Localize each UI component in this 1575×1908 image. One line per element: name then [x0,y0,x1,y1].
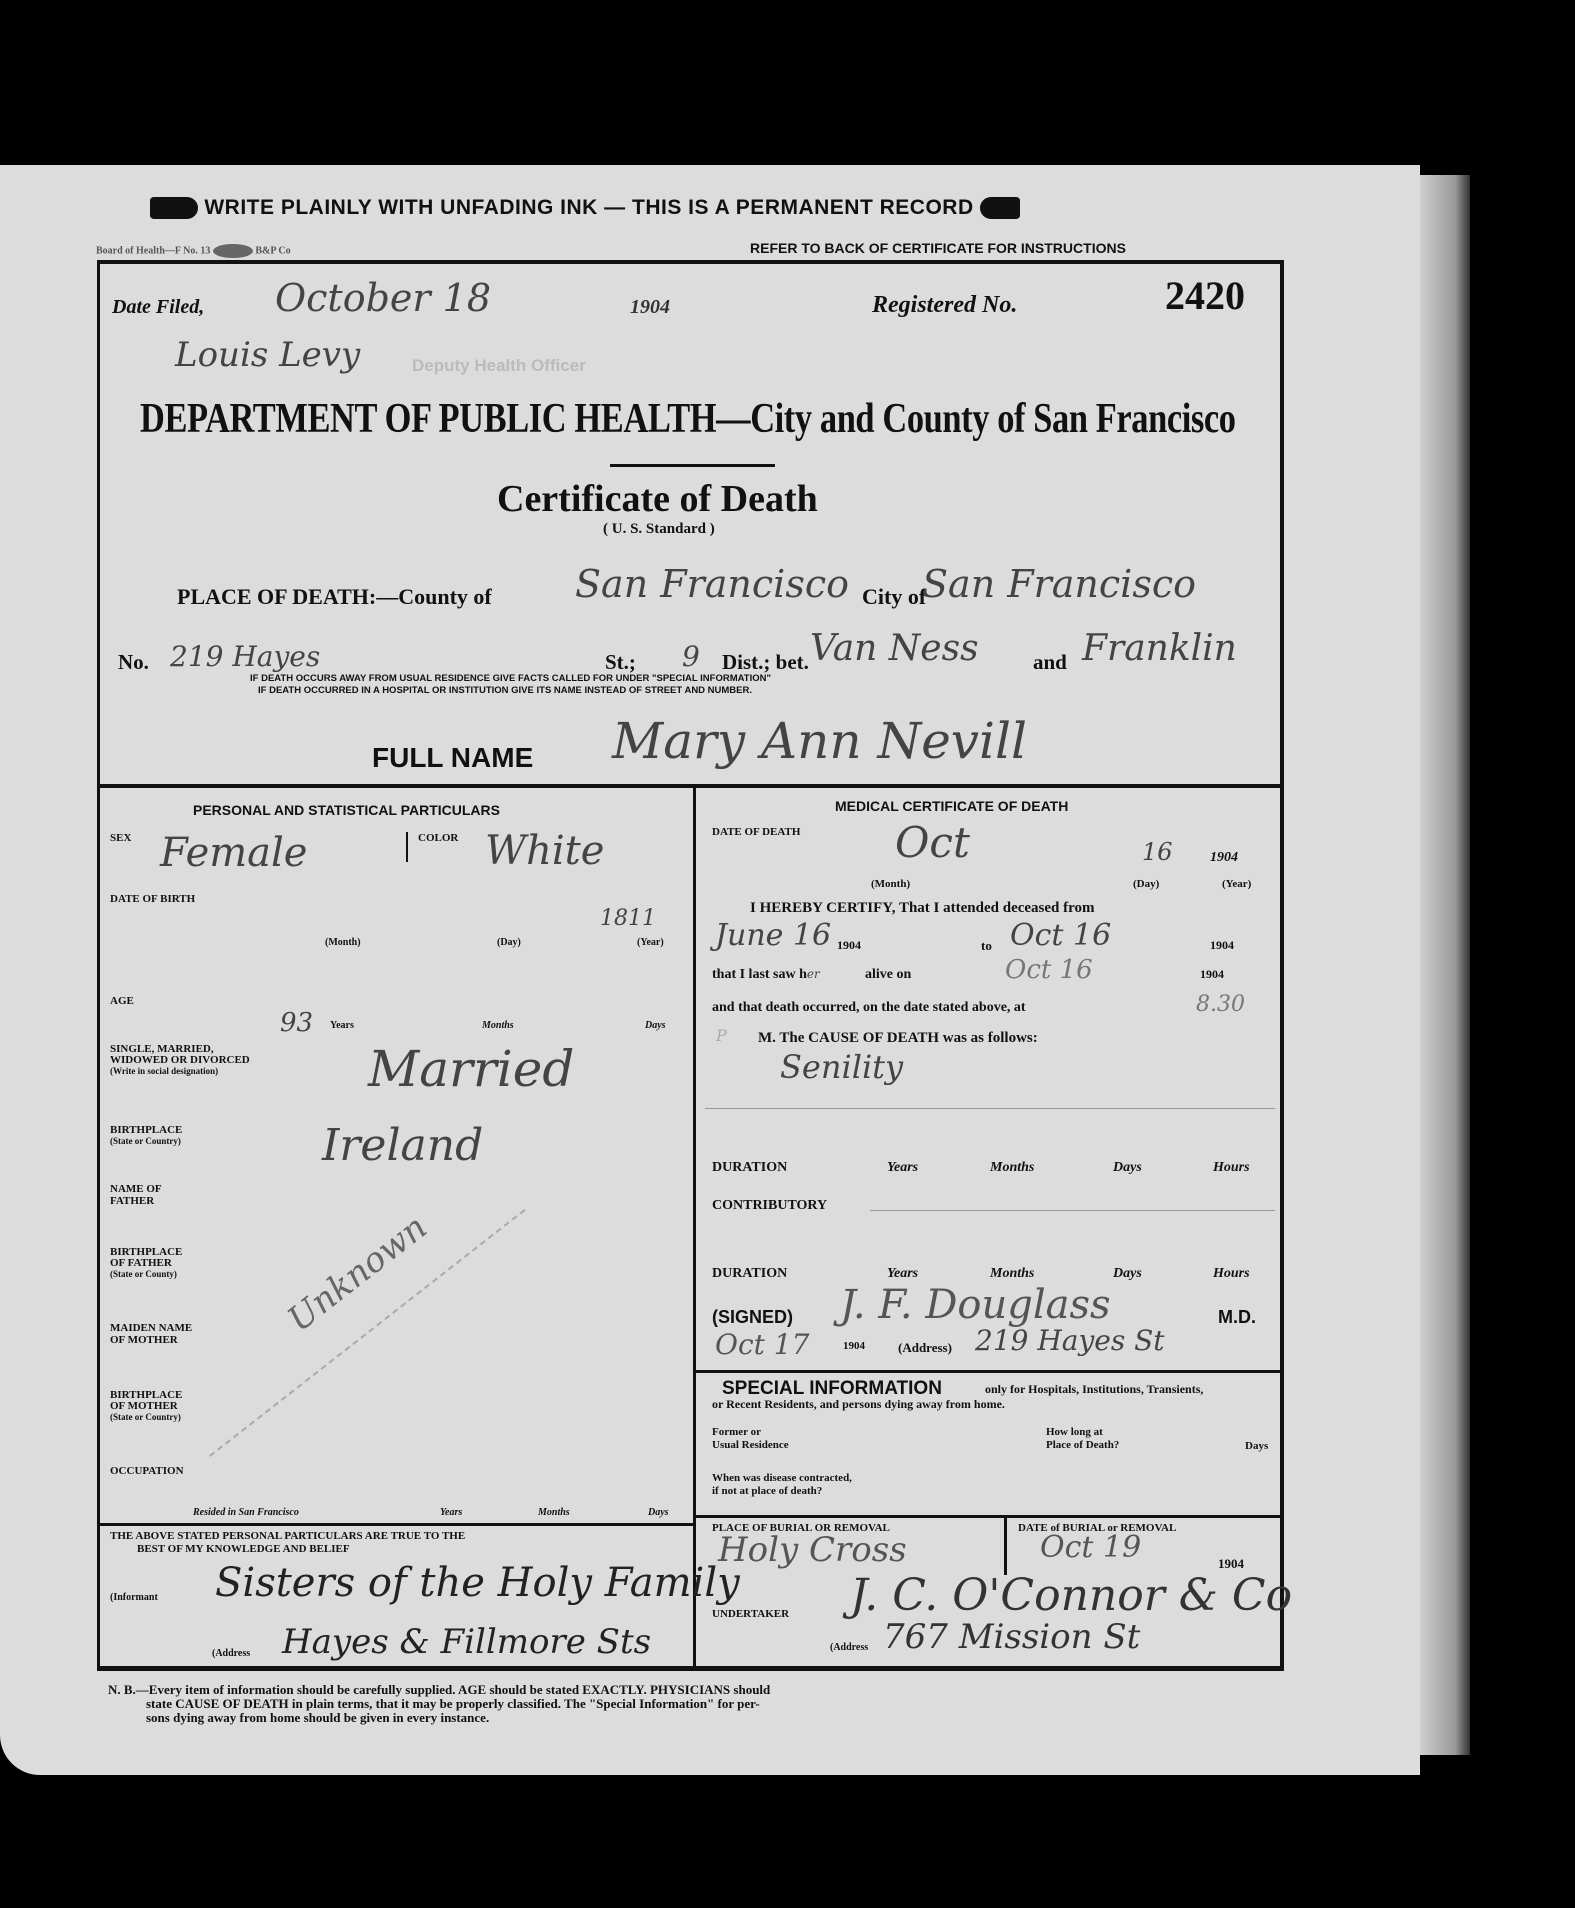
former-label-1: Former or [712,1426,789,1439]
footnote-line-3: sons dying away from home should be give… [108,1711,770,1725]
department-title: DEPARTMENT OF PUBLIC HEALTH—City and Cou… [140,395,1236,443]
mother-birthplace-label: BIRTHPLACE OF MOTHER (State or Country) [110,1390,182,1423]
refer-instructions: REFER TO BACK OF CERTIFICATE FOR INSTRUC… [750,240,1126,256]
dob-month-label: (Month) [325,937,361,948]
burial-date: Oct 19 [1040,1530,1141,1565]
how-long-days: Days [1245,1440,1268,1452]
standard-subtitle: ( U. S. Standard ) [603,521,715,538]
column-divider [693,786,696,1666]
banner-text: WRITE PLAINLY WITH UNFADING INK — THIS I… [204,196,973,219]
mother-bp-label-2: OF MOTHER [110,1401,182,1412]
dod-month-label: (Month) [871,878,910,890]
cause-value: Senility [780,1048,903,1086]
undertaker-name: J. C. O'Connor & Co [850,1570,1292,1621]
date-filed-value: October 18 [275,276,491,320]
contributory-line [870,1210,1275,1211]
ampm-value: P [716,1026,727,1045]
seal-icon [213,244,253,258]
marital-label-3: (Write in social designation) [110,1066,250,1077]
cause-line [705,1108,1275,1109]
sex-value: Female [160,830,307,876]
last-saw-label: that I last saw her [712,967,820,983]
pointing-hand-icon [150,197,198,219]
date-filed-label: Date Filed, [112,296,204,319]
page-edge [1420,175,1470,1755]
last-saw-text: that I last saw h [712,967,807,982]
color-value: White [485,828,604,874]
dob-label: DATE OF BIRTH [110,893,195,905]
age-years-label: Years [330,1020,354,1031]
physician-address-label: (Address) [898,1340,952,1356]
between-street-2: Franklin [1082,628,1237,669]
place-note-1: IF DEATH OCCURS AWAY FROM USUAL RESIDENC… [250,673,771,684]
dod-year-value: 1904 [1210,850,1238,866]
last-saw-date: Oct 16 [1005,955,1093,985]
md-label: M.D. [1218,1307,1256,1328]
resided-months-label: Months [538,1507,570,1518]
mother-label-2: OF MOTHER [110,1334,192,1346]
officer-title: Deputy Health Officer [412,356,586,376]
father-name-label: NAME OF FATHER [110,1183,162,1207]
birthplace-label-1: BIRTHPLACE [110,1125,182,1136]
form-id-text: Board of Health—F No. 13 [96,245,210,256]
birthplace-label-2: (State or Country) [110,1136,182,1147]
street-no-label: No. [118,650,149,675]
informant-statement-1: THE ABOVE STATED PERSONAL PARTICULARS AR… [110,1530,465,1542]
burial-place: Holy Cross [718,1530,907,1570]
form-border-left [97,260,100,1670]
footnote-line-2: state CAUSE OF DEATH in plain terms, tha… [108,1697,770,1711]
cause-label: M. The CAUSE OF DEATH was as follows: [758,1030,1038,1047]
form-border-right [1280,260,1284,1670]
attended-from-year: 1904 [837,938,861,953]
duration-label-2: DURATION [712,1266,787,1282]
duration-days-1: Days [1113,1160,1142,1176]
burial-column-divider [1004,1515,1007,1575]
duration-hours-2: Hours [1213,1266,1250,1282]
place-note-2: IF DEATH OCCURRED IN A HOSPITAL OR INSTI… [258,685,752,696]
physician-signature: J. F. Douglass [840,1282,1111,1328]
st-label: St.; [605,650,636,675]
officer-signature: Louis Levy [175,335,360,375]
burial-divider [695,1515,1283,1518]
dob-day-label: (Day) [497,937,521,948]
dod-day-label: (Day) [1133,878,1159,890]
dob-year-label: (Year) [637,937,664,948]
pointing-hand-icon [980,197,1020,219]
special-note-2: or Recent Residents, and persons dying a… [712,1397,1005,1412]
and-label: and [1033,650,1067,675]
attended-to-year: 1904 [1210,938,1234,953]
footnote: N. B.—Every item of information should b… [108,1683,770,1725]
signed-label: (SIGNED) [712,1307,793,1328]
informant-statement-2: BEST OF MY KNOWLEDGE AND BELIEF [137,1543,350,1555]
undertaker-address: 767 Mission St [883,1617,1140,1657]
informant-divider [100,1523,693,1526]
banner: WRITE PLAINLY WITH UNFADING INK — THIS I… [150,196,1020,220]
street-value: 219 Hayes [170,640,320,673]
how-long-1: How long at [1046,1426,1119,1439]
marital-label-2: WIDOWED OR DIVORCED [110,1055,250,1066]
color-label: COLOR [418,832,458,844]
duration-years-1: Years [887,1160,918,1176]
county-value: San Francisco [575,562,849,606]
title-rule [610,464,775,467]
dod-year-label: (Year) [1222,878,1251,890]
informant-name: Sisters of the Holy Family [215,1560,740,1606]
duration-months-1: Months [990,1160,1034,1176]
undertaker-label: UNDERTAKER [712,1608,789,1620]
between-street-1: Van Ness [810,628,979,669]
mother-bp-label-3: (State or Country) [110,1412,182,1423]
father-bp-label-2: OF FATHER [110,1258,182,1269]
contracted-2: if not at place of death? [712,1485,852,1498]
duration-months-2: Months [990,1266,1034,1282]
age-days-label: Days [645,1020,666,1031]
how-long-label: How long at Place of Death? [1046,1426,1119,1452]
birthplace-label: BIRTHPLACE (State or Country) [110,1125,182,1147]
footnote-line-1: N. B.—Every item of information should b… [108,1683,770,1697]
former-residence-label: Former or Usual Residence [712,1426,789,1452]
sex-color-divider [406,832,408,862]
attended-from: June 16 [715,918,831,953]
informant-address-label: (Address [212,1648,250,1659]
section-divider [97,784,1283,788]
certify-text: I HEREBY CERTIFY, That I attended deceas… [750,900,1095,917]
father-label-2: FATHER [110,1195,162,1207]
last-saw-year: 1904 [1200,967,1224,982]
district-value: 9 [682,640,700,673]
age-label: AGE [110,995,134,1007]
special-divider [695,1370,1283,1373]
resided-years-label: Years [440,1507,462,1518]
certificate-title: Certificate of Death [497,477,818,521]
signed-year: 1904 [843,1340,865,1352]
form-border-bottom [97,1666,1284,1671]
registered-number: 2420 [1165,272,1245,319]
disease-contracted-label: When was disease contracted, if not at p… [712,1472,852,1498]
medical-heading: MEDICAL CERTIFICATE OF DEATH [835,798,1068,814]
father-label-1: NAME OF [110,1183,162,1195]
alive-on-label: alive on [865,967,911,983]
form-border-top [97,260,1283,264]
father-bp-label-3: (State or County) [110,1269,182,1280]
duration-label-1: DURATION [712,1160,787,1176]
date-filed-year: 1904 [630,296,670,319]
age-months-label: Months [482,1020,514,1031]
occupation-label: OCCUPATION [110,1465,184,1477]
duration-hours-1: Hours [1213,1160,1250,1176]
dod-month-value: Oct [895,818,970,867]
marital-value: Married [368,1040,574,1098]
full-name-label: FULL NAME [372,742,533,774]
attended-to: Oct 16 [1010,918,1111,953]
occurred-label: and that death occurred, on the date sta… [712,1000,1026,1016]
sex-label: SEX [110,832,131,844]
last-saw-pronoun: er [807,967,820,981]
mother-label-1: MAIDEN NAME [110,1322,192,1334]
time-of-death: 8.30 [1196,992,1245,1017]
city-label: City of [862,584,926,610]
birthplace-value: Ireland [322,1120,483,1171]
duration-days-2: Days [1113,1266,1142,1282]
to-label: to [981,938,992,954]
age-years-value: 93 [280,1008,313,1038]
mother-name-label: MAIDEN NAME OF MOTHER [110,1322,192,1346]
dob-year-value: 1811 [600,906,656,931]
informant-address: Hayes & Fillmore Sts [282,1622,651,1662]
father-birthplace-label: BIRTHPLACE OF FATHER (State or County) [110,1247,182,1280]
printer-text: B&P Co [255,245,290,256]
physician-address: 219 Hayes St [975,1324,1165,1357]
personal-heading: PERSONAL AND STATISTICAL PARTICULARS [193,802,500,818]
place-of-death-label: PLACE OF DEATH:—County of [177,584,492,610]
district-label: Dist.; bet. [722,650,809,675]
city-value: San Francisco [922,562,1196,606]
former-label-2: Usual Residence [712,1439,789,1452]
full-name-value: Mary Ann Nevill [612,712,1027,770]
registered-label: Registered No. [872,292,1017,319]
undertaker-address-label: (Address [830,1642,868,1653]
form-id: Board of Health—F No. 13 B&P Co [96,244,291,258]
duration-years-2: Years [887,1266,918,1282]
dod-day-value: 16 [1142,838,1173,866]
date-of-death-label: DATE OF DEATH [712,826,800,838]
resided-label: Resided in San Francisco [193,1507,299,1518]
signed-date: Oct 17 [715,1328,809,1361]
how-long-2: Place of Death? [1046,1439,1119,1452]
informant-label: (Informant [110,1592,158,1603]
resided-days-label: Days [648,1507,669,1518]
marital-label: SINGLE, MARRIED, WIDOWED OR DIVORCED (Wr… [110,1044,250,1077]
contributory-label: CONTRIBUTORY [712,1198,827,1214]
special-note-1: only for Hospitals, Institutions, Transi… [985,1382,1203,1397]
contracted-1: When was disease contracted, [712,1472,852,1485]
